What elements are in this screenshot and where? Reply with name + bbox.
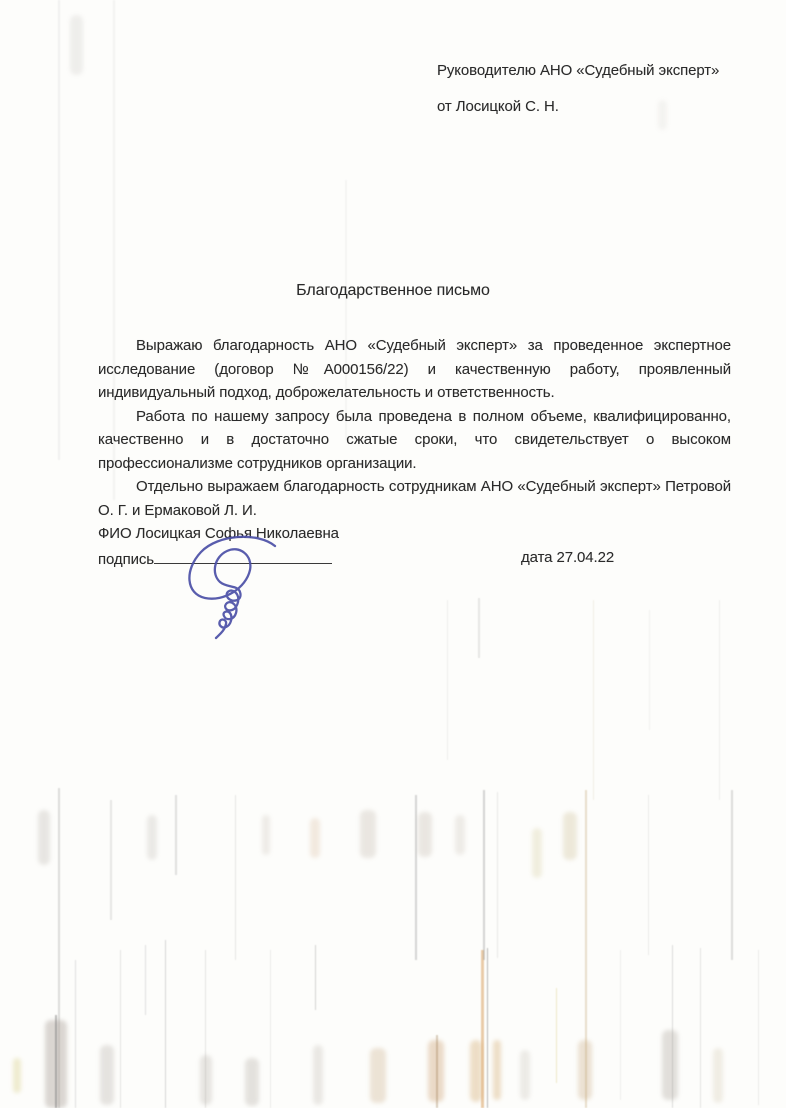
paragraph-work-quality: Работа по нашему запросу была проведена … (98, 405, 731, 476)
scan-streak (470, 1040, 482, 1102)
scan-streak (38, 810, 50, 865)
scan-streak (58, 0, 60, 460)
scan-streak (370, 1048, 386, 1103)
scan-streak (719, 600, 720, 800)
letter-title: Благодарственное письмо (0, 282, 786, 300)
scan-streak (415, 795, 417, 960)
scan-streak (672, 945, 673, 1108)
scan-streak (100, 1045, 114, 1105)
scan-streak (556, 988, 557, 1083)
scan-streak (310, 818, 320, 858)
scan-streak (110, 800, 112, 920)
scan-streak (436, 1035, 438, 1108)
scan-streak (55, 1015, 57, 1108)
scan-streak (731, 790, 733, 960)
scan-streak (75, 960, 76, 1108)
scan-streak (45, 1020, 67, 1108)
scan-streak (620, 950, 621, 1100)
scan-streak (493, 1040, 501, 1100)
scan-streak (315, 945, 316, 1010)
paragraph-staff-thanks: Отдельно выражаем благодарность сотрудни… (98, 475, 731, 522)
scan-streak (245, 1058, 259, 1106)
scan-streak (593, 600, 594, 800)
sender-line: от Лосицкой С. Н. (437, 98, 719, 115)
scan-streak (455, 815, 465, 855)
scan-streak (200, 1055, 212, 1105)
scan-streak (313, 1045, 323, 1105)
scan-streak (58, 788, 60, 1108)
letter-body: Выражаю благодарность АНО «Судебный эксп… (98, 334, 731, 522)
handwritten-signature-icon (178, 536, 293, 641)
scan-streak (145, 945, 146, 1015)
scan-streak (428, 1040, 444, 1102)
scan-streak (175, 795, 177, 875)
signature-stroke (189, 537, 275, 638)
scan-streak (648, 795, 649, 955)
scan-streak (662, 1030, 678, 1100)
paragraph-gratitude: Выражаю благодарность АНО «Судебный эксп… (98, 334, 731, 405)
scan-streak (165, 940, 166, 1108)
scan-streak (585, 790, 587, 1108)
scan-streak (713, 1048, 723, 1103)
scan-streak (147, 815, 157, 860)
scan-streak (262, 815, 270, 855)
date-line: дата 27.04.22 (521, 549, 614, 566)
scan-streak (649, 610, 650, 730)
scanned-letter-page: Руководителю АНО «Судебный эксперт» от Л… (0, 0, 786, 1108)
scan-streak (758, 950, 759, 1105)
scan-streak (483, 790, 485, 960)
scan-streak (13, 1058, 21, 1093)
scan-streak (70, 15, 83, 75)
scan-streak (235, 795, 236, 960)
scan-streak (205, 950, 206, 1108)
scan-streak (563, 812, 577, 860)
letter-header: Руководителю АНО «Судебный эксперт» от Л… (437, 62, 719, 115)
recipient-line: Руководителю АНО «Судебный эксперт» (437, 62, 719, 79)
scan-streak (532, 828, 542, 878)
scan-streak (578, 1040, 592, 1100)
scan-streak (478, 598, 480, 658)
scan-streak (120, 950, 121, 1108)
scan-streak (447, 600, 448, 760)
signature-label: подпись (98, 551, 154, 568)
scan-streak (487, 948, 488, 1108)
scan-streak (418, 812, 432, 857)
scan-streak (497, 792, 498, 958)
scan-streak (360, 810, 376, 858)
scan-streak (270, 950, 271, 1108)
scan-streak (520, 1050, 530, 1100)
scan-streak (481, 950, 484, 1108)
scan-streak (700, 948, 701, 1108)
